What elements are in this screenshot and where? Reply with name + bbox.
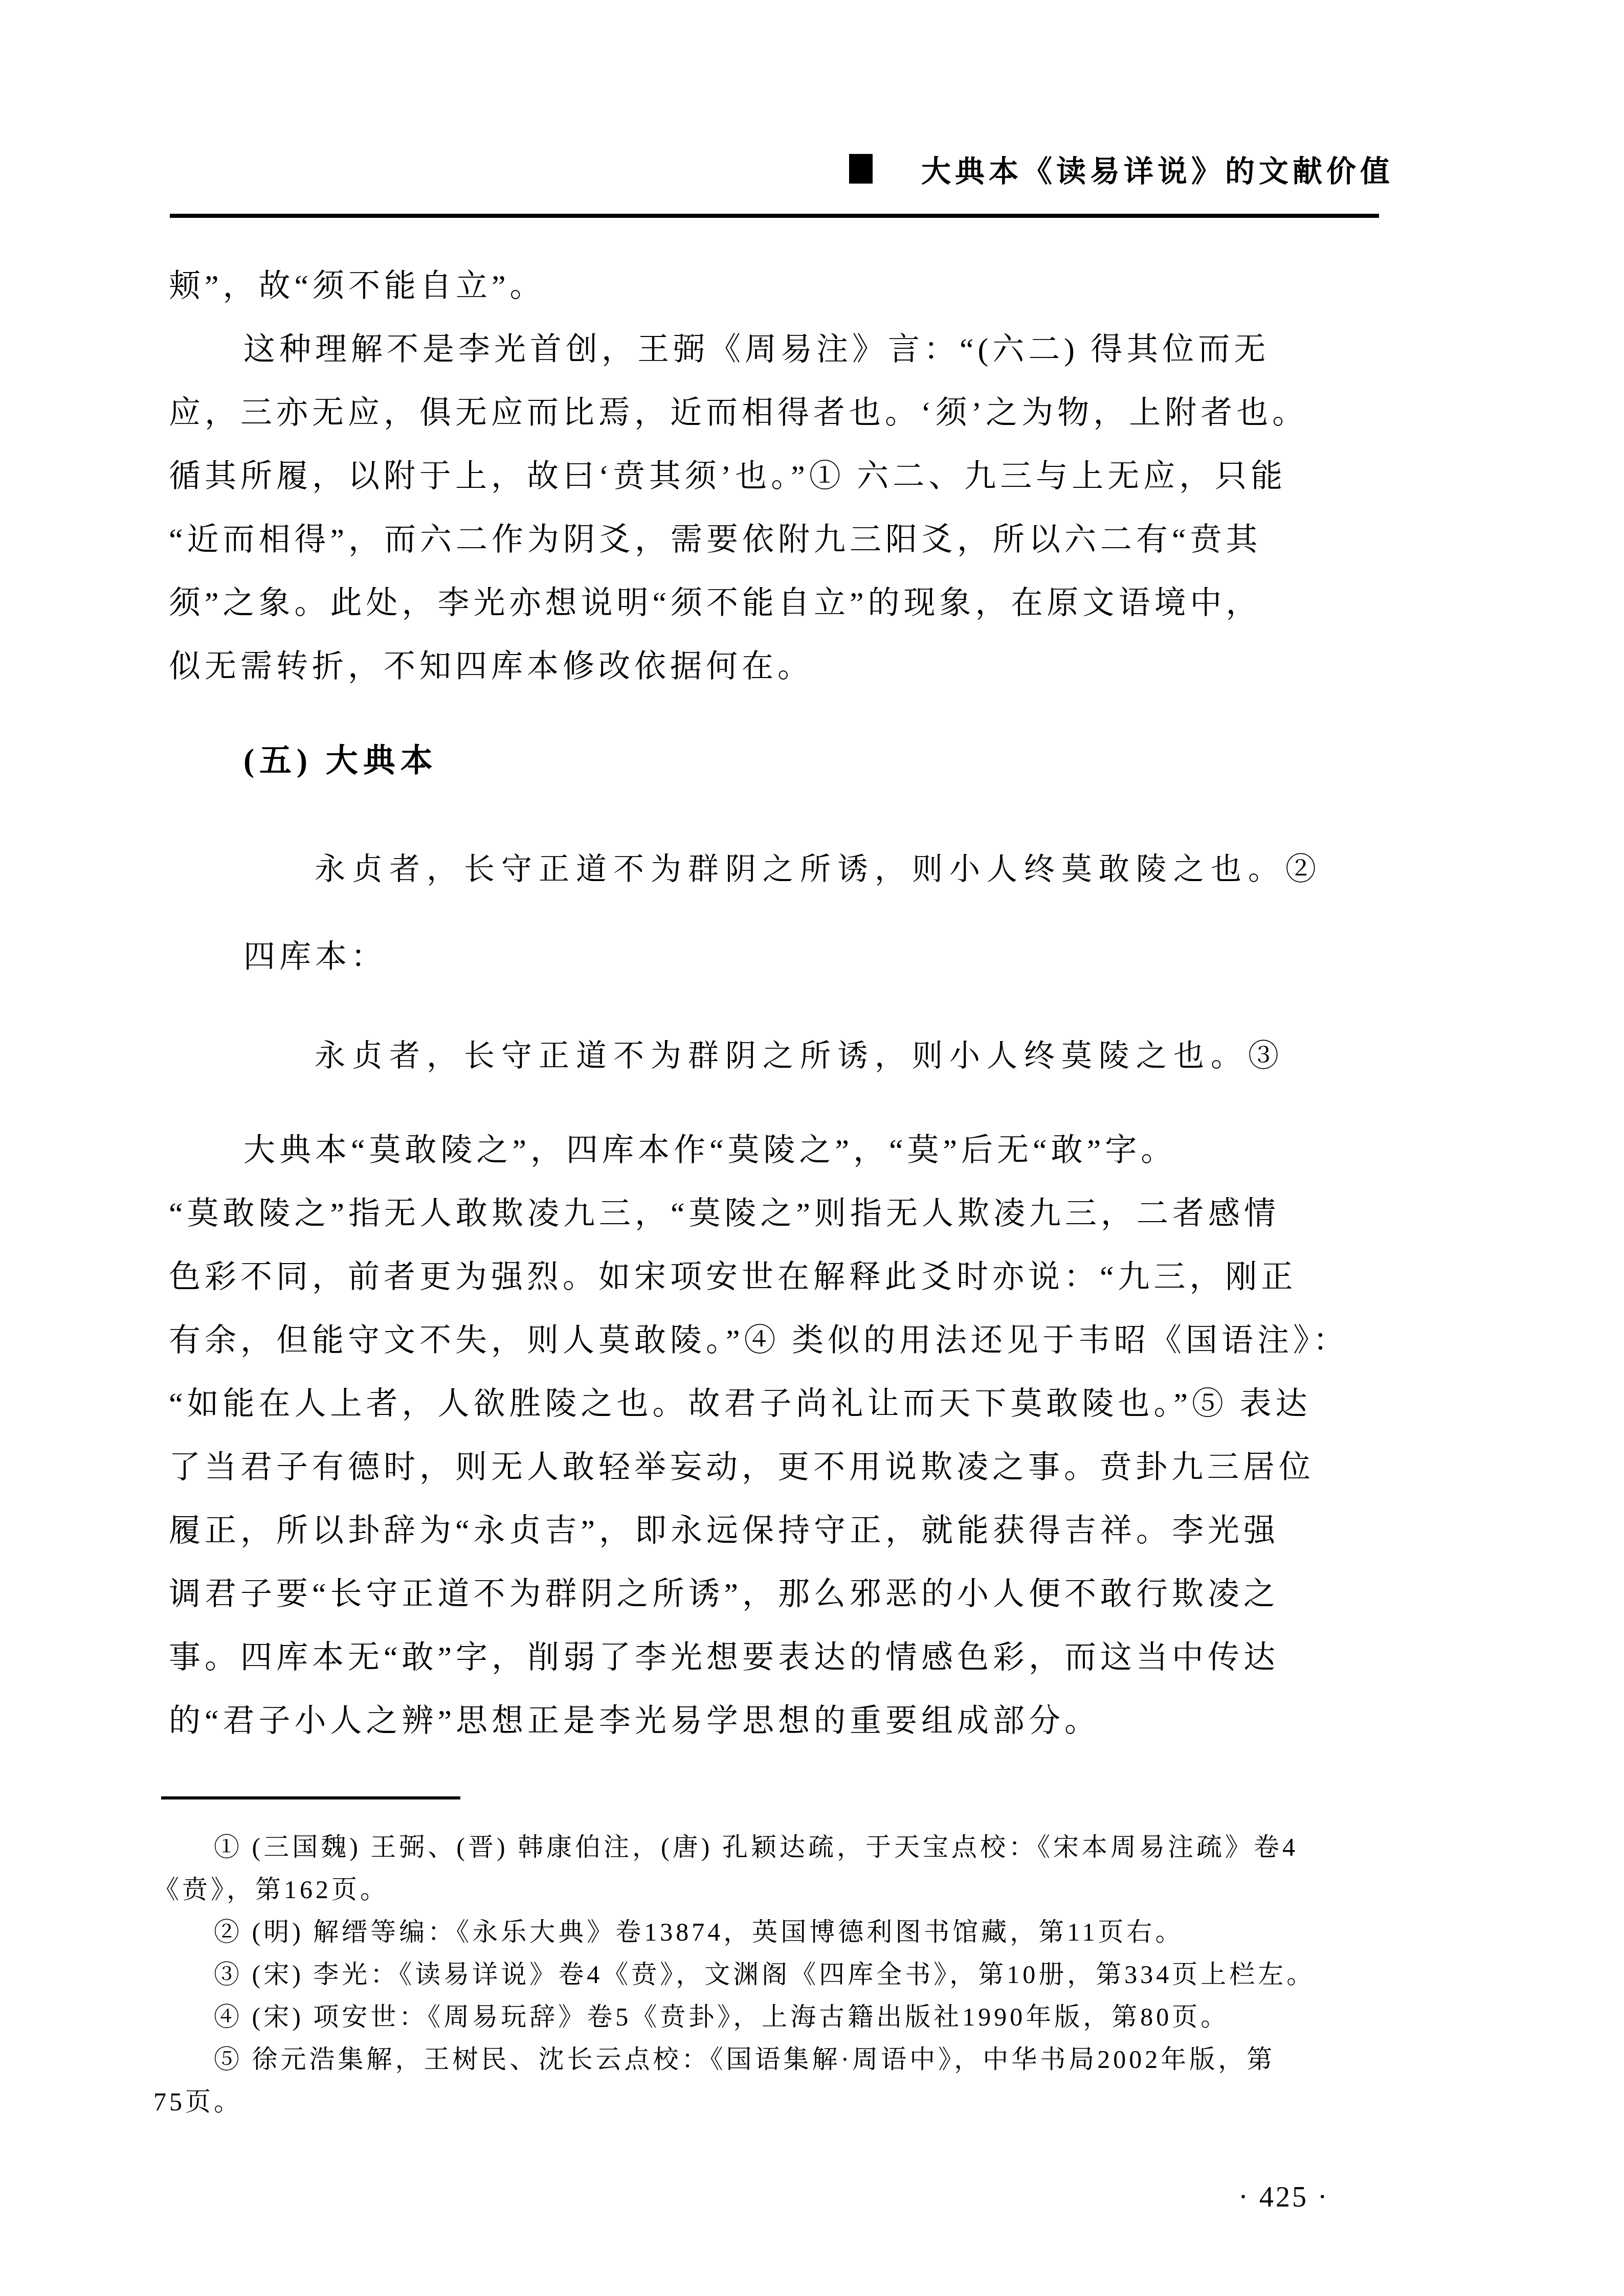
body-text: 颊”，故“须不能自立”。 这种理解不是李光首创，王弼《周易注》言：“(六二) 得… xyxy=(169,255,1382,1753)
section-marker-icon xyxy=(849,154,873,184)
body-line: “莫敢陵之”指无人敢欺凌九三，“莫陵之”则指无人欺凌九三，二者感情 xyxy=(169,1182,1382,1246)
page-number: · 425 · xyxy=(1212,2177,1355,2218)
footnote-line: 《贲》，第162页。 xyxy=(153,1869,1396,1911)
header-rule xyxy=(170,214,1379,218)
body-line: 应，三亦无应，俱无应而比焉，近而相得者也。‘须’之为物，上附者也。 xyxy=(169,381,1382,445)
block-quote-dadian: 永贞者，长守正道不为群阴之所诱，则小人终莫敢陵之也。② xyxy=(169,838,1382,901)
footnote-line: ⑤ 徐元浩集解，王树民、沈长云点校：《国语集解·周语中》，中华书局2002年版，… xyxy=(153,2038,1396,2081)
footnote-line: ③ (宋) 李光：《读易详说》卷4《贲》，文渊阁《四库全书》，第10册，第334… xyxy=(153,1953,1396,1996)
body-line: “近而相得”，而六二作为阴爻，需要依附九三阳爻，所以六二有“贲其 xyxy=(169,508,1382,572)
body-line: 有余，但能守文不失，则人莫敢陵。”④ 类似的用法还见于韦昭《国语注》： xyxy=(169,1309,1382,1372)
body-line: 须”之象。此处，李光亦想说明“须不能自立”的现象，在原文语境中， xyxy=(169,572,1382,635)
section-heading: (五) 大典本 xyxy=(169,729,1382,792)
body-line: 的“君子小人之辨”思想正是李光易学思想的重要组成部分。 xyxy=(169,1690,1382,1753)
footnote-line: 75页。 xyxy=(153,2081,1396,2123)
footnote-rule xyxy=(161,1796,460,1799)
body-line: 调君子要“长守正道不为群阴之所诱”，那么邪恶的小人便不敢行欺凌之 xyxy=(169,1563,1382,1626)
running-head-title: 大典本《读易详说》的文献价值 xyxy=(921,147,1394,190)
footnote-line: ① (三国魏) 王弼、(晋) 韩康伯注，(唐) 孔颖达疏，于天宝点校：《宋本周易… xyxy=(153,1826,1396,1869)
body-line: 颊”，故“须不能自立”。 xyxy=(169,255,1382,318)
body-line: 循其所履，以附于上，故曰‘贲其须’也。”① 六二、九三与上无应，只能 xyxy=(169,445,1382,508)
running-head: 大典本《读易详说》的文献价值 xyxy=(849,149,1394,188)
body-line: 色彩不同，前者更为强烈。如宋项安世在解释此爻时亦说：“九三，刚正 xyxy=(169,1246,1382,1309)
body-line: 这种理解不是李光首创，王弼《周易注》言：“(六二) 得其位而无 xyxy=(169,318,1382,381)
body-line: “如能在人上者，人欲胜陵之也。故君子尚礼让而天下莫敢陵也。”⑤ 表达 xyxy=(169,1372,1382,1436)
body-line: 了当君子有德时，则无人敢轻举妄动，更不用说欺凌之事。贲卦九三居位 xyxy=(169,1436,1382,1499)
footnote-line: ② (明) 解缙等编：《永乐大典》卷13874，英国博德利图书馆藏，第11页右。 xyxy=(153,1911,1396,1953)
footnote-line: ④ (宋) 项安世：《周易玩辞》卷5《贲卦》，上海古籍出版社1990年版，第80… xyxy=(153,1996,1396,2038)
body-line: 履正，所以卦辞为“永贞吉”，即永远保持守正，就能获得吉祥。李光强 xyxy=(169,1499,1382,1563)
footnotes: ① (三国魏) 王弼、(晋) 韩康伯注，(唐) 孔颖达疏，于天宝点校：《宋本周易… xyxy=(153,1826,1396,2123)
document-page: 大典本《读易详说》的文献价值 颊”，故“须不能自立”。 这种理解不是李光首创，王… xyxy=(0,0,1624,2296)
body-line: 大典本“莫敢陵之”，四库本作“莫陵之”，“莫”后无“敢”字。 xyxy=(169,1119,1382,1182)
siku-edition-label: 四库本： xyxy=(169,926,1382,989)
body-line: 事。四库本无“敢”字，削弱了李光想要表达的情感色彩，而这当中传达 xyxy=(169,1626,1382,1690)
body-line: 似无需转折，不知四库本修改依据何在。 xyxy=(169,635,1382,699)
block-quote-siku: 永贞者，长守正道不为群阴之所诱，则小人终莫陵之也。③ xyxy=(169,1024,1382,1088)
